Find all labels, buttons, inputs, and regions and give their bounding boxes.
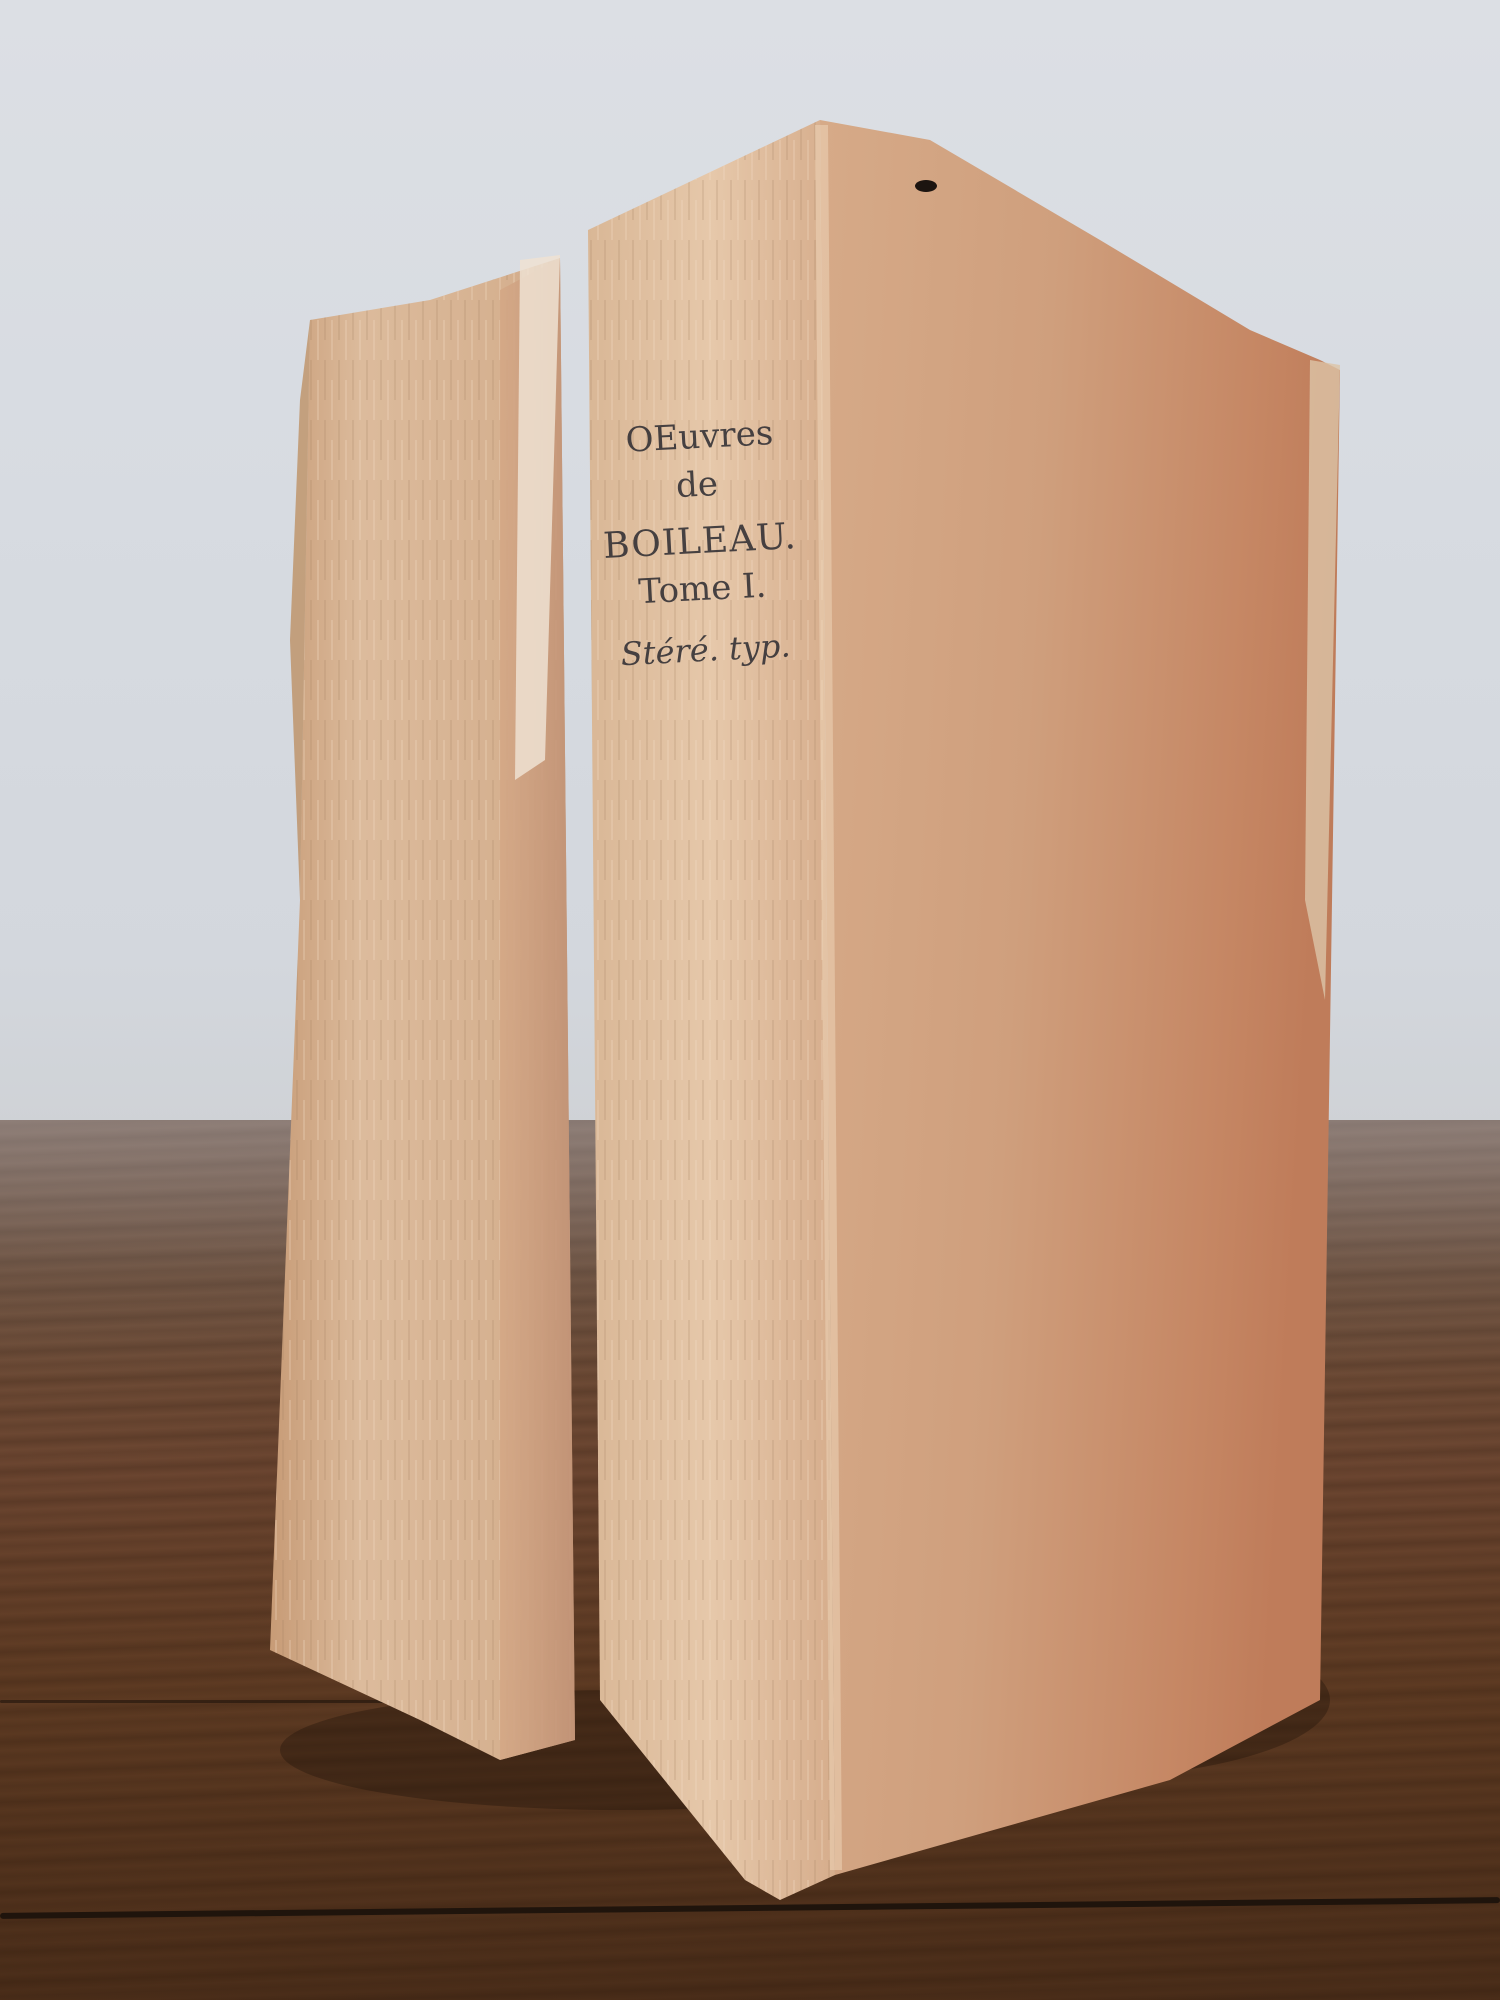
books-illustration [0, 0, 1500, 2000]
spine-edition: Stéré. typ. [605, 629, 806, 671]
spine-label: OEuvres de BOILEAU. Tome I. Stéré. typ. [594, 415, 807, 671]
right-book [588, 120, 1340, 1900]
spine-title-line: OEuvres [604, 415, 796, 459]
spine-author: BOILEAU. [599, 519, 801, 565]
left-book [270, 255, 575, 1760]
spine-volume: Tome I. [602, 567, 804, 611]
photo-scene: OEuvres de BOILEAU. Tome I. Stéré. typ. [0, 0, 1500, 2000]
spine-title-line: de [596, 463, 798, 507]
ink-spot [915, 180, 937, 192]
